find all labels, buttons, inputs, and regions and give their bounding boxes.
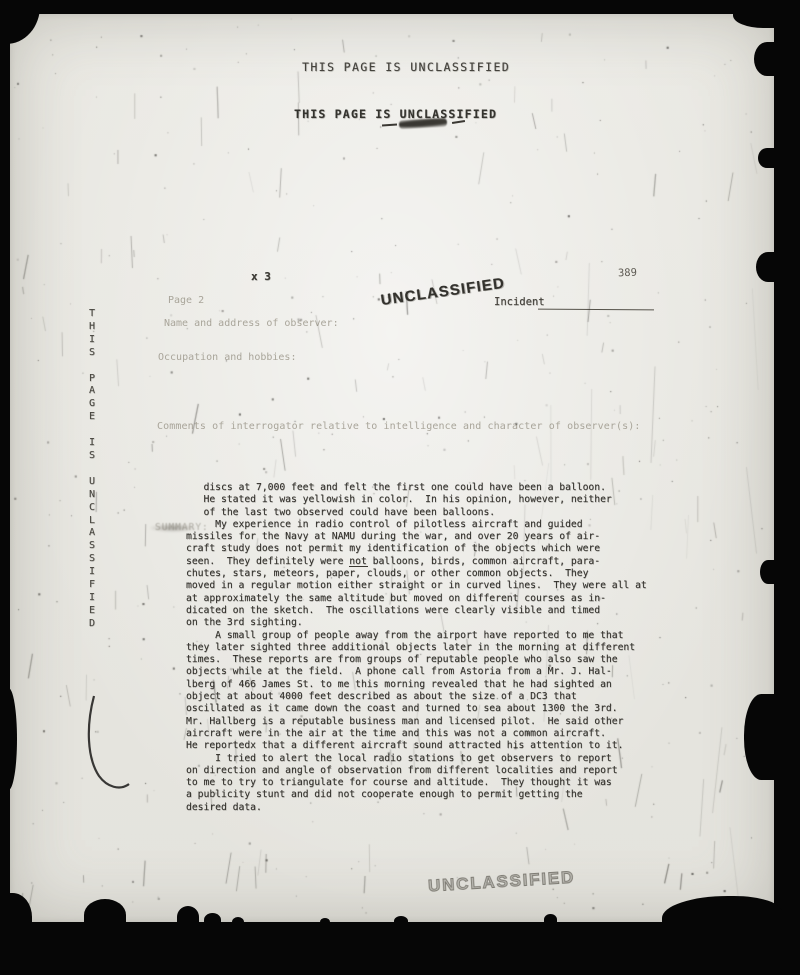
scan-edge-top [0, 0, 800, 14]
scan-edge-blob [0, 688, 17, 790]
scan-edge-left [0, 0, 10, 975]
field-occupation: Occupation and hobbies: [158, 352, 296, 363]
scan-edge-blob [662, 896, 782, 936]
scan-edge-blob [232, 917, 244, 927]
scan-edge-blob [84, 899, 126, 931]
faint-page-label: Page 2 [168, 295, 204, 306]
scan-edge-blob [733, 0, 800, 28]
scan-edge-blob [320, 918, 330, 926]
copy-mark: x 3 [251, 270, 271, 283]
field-name-address: Name and address of observer: [164, 318, 339, 329]
scan-edge-blob [760, 560, 776, 584]
scan-edge-blob [754, 42, 780, 76]
scan-edge-blob [756, 252, 780, 282]
scan-edge-blob [544, 914, 557, 925]
scan-edge-blob [744, 694, 780, 780]
scan-edge-right [774, 0, 800, 975]
scan-edge-blob [204, 913, 221, 927]
underline-not-word [349, 566, 368, 567]
scan-edge-blob [177, 906, 199, 928]
incident-label: Incident [494, 296, 545, 308]
page-number: 389 [618, 267, 637, 280]
scan-edge-blob [394, 916, 408, 926]
pen-scratch-hook [83, 694, 133, 806]
field-interrogator-comments: Comments of interrogator relative to int… [157, 421, 641, 432]
scanned-document-screenshot: { "document": { "top_stamp_1": "THIS PAG… [0, 0, 800, 975]
unclassified-page-stamp-top: THIS PAGE IS UNCLASSIFIED [302, 60, 510, 74]
vertical-unclassified-stamp: T H I S P A G E I S U N C L A S S I F I … [84, 308, 100, 631]
unclassified-page-stamp-second: THIS PAGE IS UNCLASSIFIED [294, 107, 497, 121]
scan-edge-blob [758, 148, 776, 168]
typed-narrative-text: discs at 7,000 feet and felt the first o… [186, 482, 647, 814]
